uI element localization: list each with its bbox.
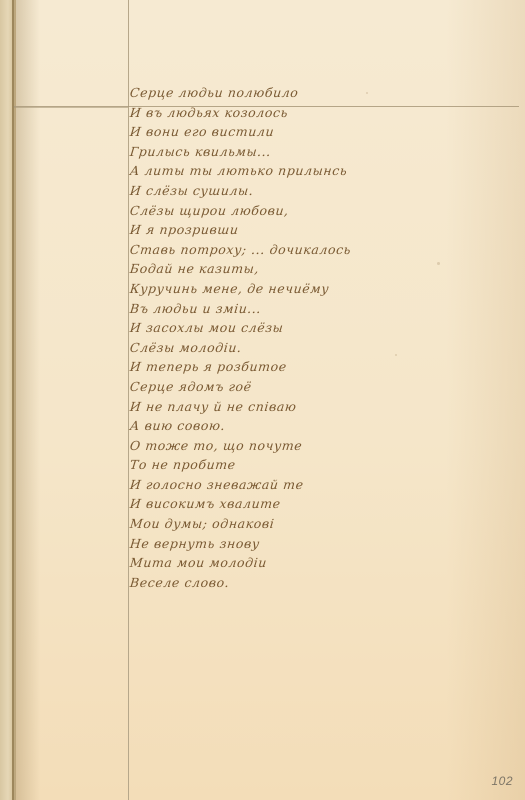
- poem-line: Серце ядомъ гоё: [129, 377, 511, 397]
- poem-line: Бодай не казиты,: [129, 259, 511, 279]
- handwritten-poem: Серце людьи полюбило И въ людьях козолос…: [130, 83, 510, 592]
- poem-line: Мита мои молодiи: [129, 553, 511, 573]
- poem-line: И теперь я розбитое: [129, 357, 511, 377]
- poem-line: То не пробите: [129, 455, 511, 475]
- poem-line: Грилысь квильмы...: [129, 142, 511, 162]
- poem-line: И въ людьях козолось: [129, 103, 511, 123]
- poem-line: И голосно зневажай те: [129, 475, 511, 495]
- poem-line: Куручинь мене, де нечиёму: [129, 279, 511, 299]
- poem-line: О тоже то, що почуте: [129, 436, 511, 456]
- poem-line: Серце людьи полюбило: [129, 83, 511, 103]
- poem-line: Въ людьи и змiи...: [129, 299, 511, 319]
- poem-line: И я прозривши: [129, 220, 511, 240]
- gutter-shadow: [14, 0, 40, 800]
- poem-line: А вию совою.: [129, 416, 511, 436]
- page-number: 102: [491, 774, 513, 788]
- poem-line: И слёзы сушилы.: [129, 181, 511, 201]
- manuscript-page-scan: Серце людьи полюбило И въ людьях козолос…: [0, 0, 525, 800]
- poem-line: И високимъ хвалите: [129, 494, 511, 514]
- poem-line: И засохлы мои слёзы: [129, 318, 511, 338]
- poem-line: Слёзы щирои любови,: [129, 201, 511, 221]
- poem-line: А литы ты лютько прилынсь: [129, 161, 511, 181]
- poem-line: Ставь потроху; ... дочикалось: [129, 240, 511, 260]
- poem-line: И не плачу й не співаю: [129, 397, 511, 417]
- poem-line: Слёзы молодiи.: [129, 338, 511, 358]
- poem-line: И вони его вистили: [129, 122, 511, 142]
- poem-line: Мои думы; однакові: [129, 514, 511, 534]
- poem-line: Веселе слово.: [129, 573, 511, 593]
- header-rule-left-segment: [14, 107, 128, 108]
- poem-line: Не вернуть знову: [129, 534, 511, 554]
